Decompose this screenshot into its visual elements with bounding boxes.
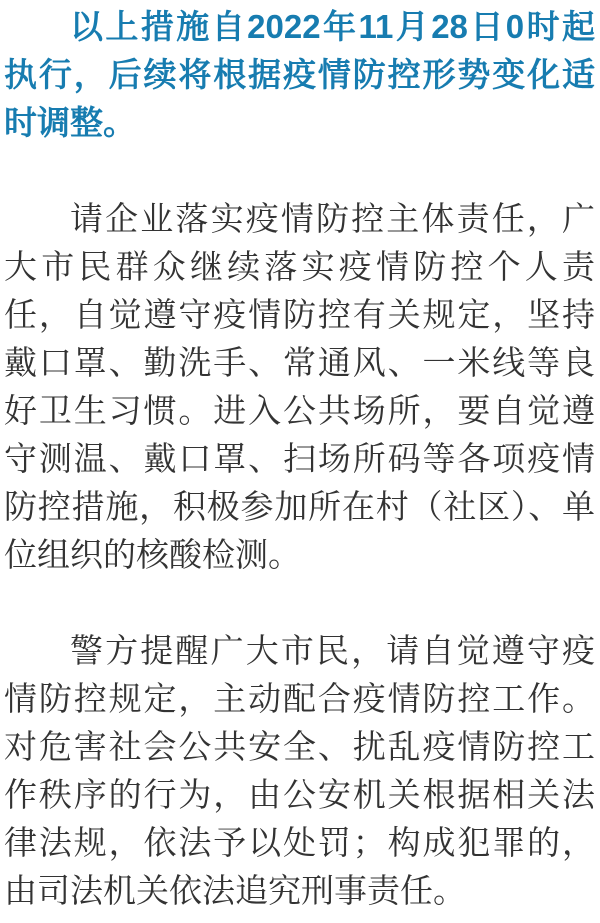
paragraph-effective-date-notice: 以上措施自2022年11月28日0时起执行，后续将根据疫情防控形势变化适时调整。 bbox=[4, 3, 595, 147]
paragraph-police-reminder: 警方提醒广大市民，请自觉遵守疫情防控规定，主动配合疫情防控工作。对危害社会公共安… bbox=[4, 627, 595, 915]
article-body: 以上措施自2022年11月28日0时起执行，后续将根据疫情防控形势变化适时调整。… bbox=[0, 0, 600, 915]
paragraph-responsibility-notice: 请企业落实疫情防控主体责任，广大市民群众继续落实疫情防控个人责任，自觉遵守疫情防… bbox=[4, 195, 595, 579]
